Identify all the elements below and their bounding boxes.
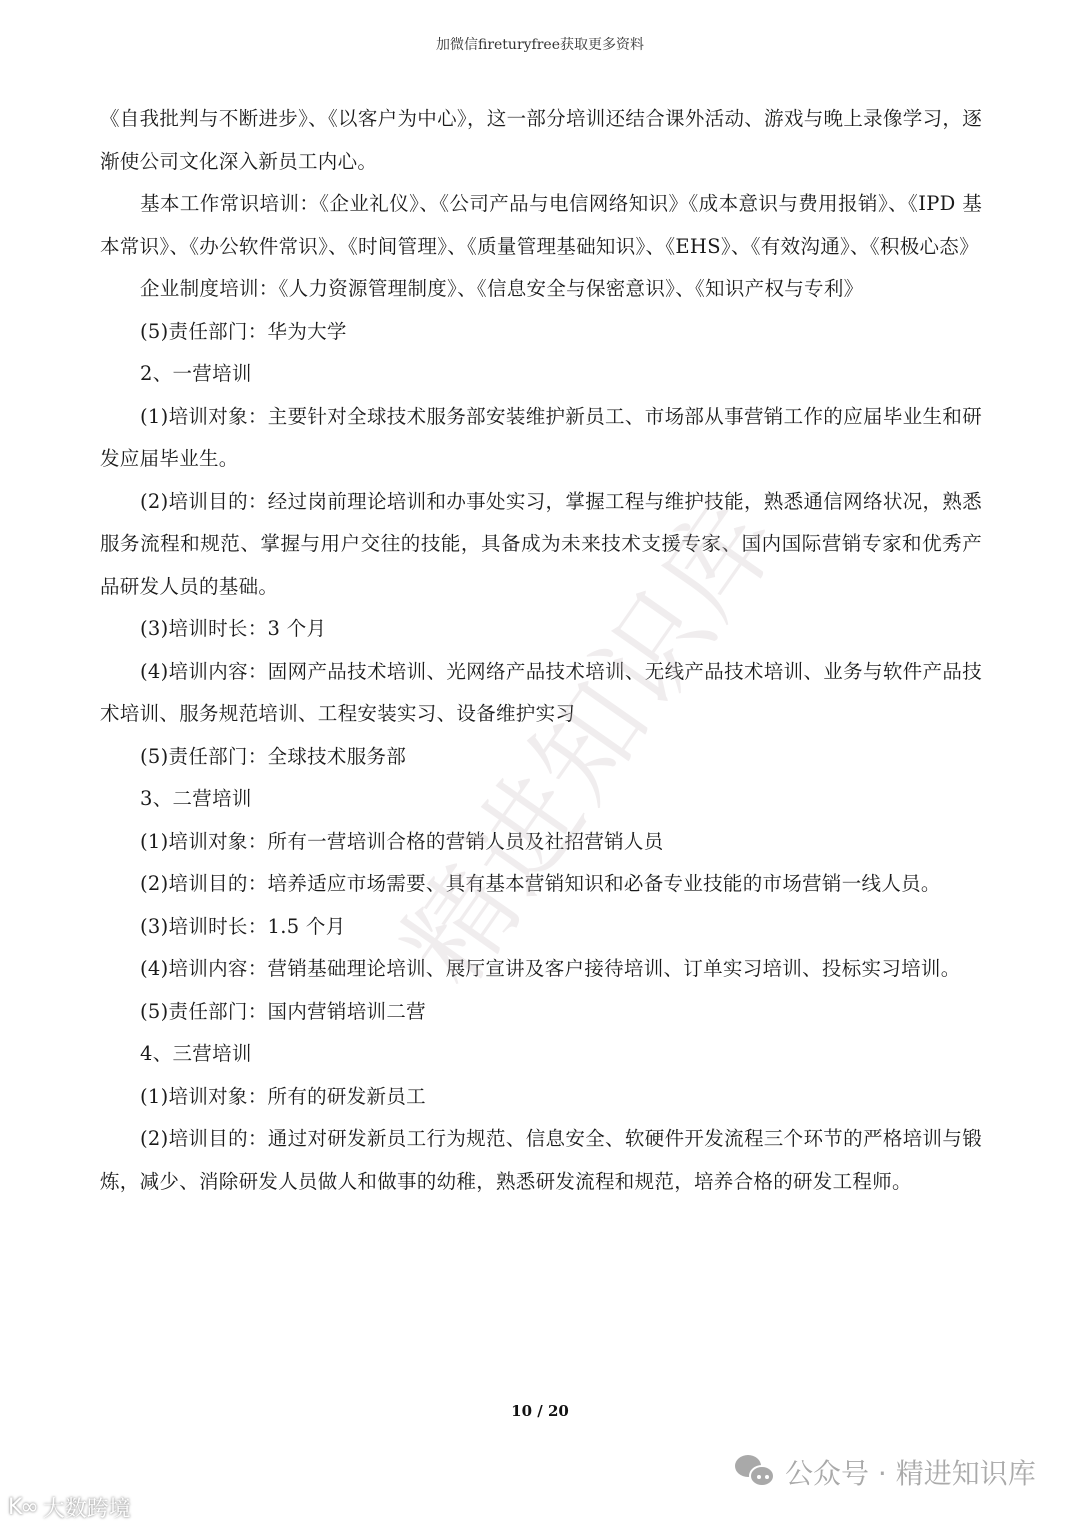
paragraph: (1)培训对象：所有的研发新员工: [100, 1076, 982, 1119]
footer-account: 公众号 · 精进知识库: [735, 1452, 1036, 1492]
footer-logo: K∞ 大数跨境: [8, 1492, 131, 1523]
paragraph: (2)培训目的：通过对研发新员工行为规范、信息安全、软硬件开发流程三个环节的严格…: [100, 1118, 982, 1203]
paragraph: (2)培训目的：培养适应市场需要、具有基本营销知识和必备专业技能的市场营销一线人…: [100, 863, 982, 906]
brand-logo-text: 大数跨境: [43, 1492, 131, 1523]
section-heading: 2、一营培训: [100, 353, 982, 396]
paragraph: 《自我批判与不断进步》、《以客户为中心》，这一部分培训还结合课外活动、游戏与晚上…: [100, 98, 982, 183]
header-note: 加微信fireturyfree获取更多资料: [0, 34, 1080, 54]
paragraph: (4)培训内容：固网产品技术培训、光网络产品技术培训、无线产品技术培训、业务与软…: [100, 651, 982, 736]
paragraph: (3)培训时长：1.5 个月: [100, 906, 982, 949]
paragraph: 基本工作常识培训：《企业礼仪》、《公司产品与电信网络知识》《成本意识与费用报销》…: [100, 183, 982, 268]
paragraph: (3)培训时长：3 个月: [100, 608, 982, 651]
section-heading: 4、三营培训: [100, 1033, 982, 1076]
paragraph: (1)培训对象：所有一营培训合格的营销人员及社招营销人员: [100, 821, 982, 864]
page-number: 10 / 20: [0, 1402, 1080, 1420]
account-label: 公众号 · 精进知识库: [785, 1452, 1036, 1492]
paragraph: (5)责任部门：华为大学: [100, 311, 982, 354]
paragraph: (2)培训目的：经过岗前理论培训和办事处实习，掌握工程与维护技能，熟悉通信网络状…: [100, 481, 982, 609]
paragraph: (4)培训内容：营销基础理论培训、展厅宣讲及客户接待培训、订单实习培训、投标实习…: [100, 948, 982, 991]
paragraph: 企业制度培训：《人力资源管理制度》、《信息安全与保密意识》、《知识产权与专利》: [100, 268, 982, 311]
paragraph: (5)责任部门：国内营销培训二营: [100, 991, 982, 1034]
paragraph: (1)培训对象：主要针对全球技术服务部安装维护新员工、市场部从事营销工作的应届毕…: [100, 396, 982, 481]
document-body: 《自我批判与不断进步》、《以客户为中心》，这一部分培训还结合课外活动、游戏与晚上…: [100, 98, 982, 1203]
brand-logo-icon: K∞: [8, 1495, 37, 1520]
section-heading: 3、二营培训: [100, 778, 982, 821]
wechat-icon: [735, 1455, 777, 1489]
paragraph: (5)责任部门：全球技术服务部: [100, 736, 982, 779]
